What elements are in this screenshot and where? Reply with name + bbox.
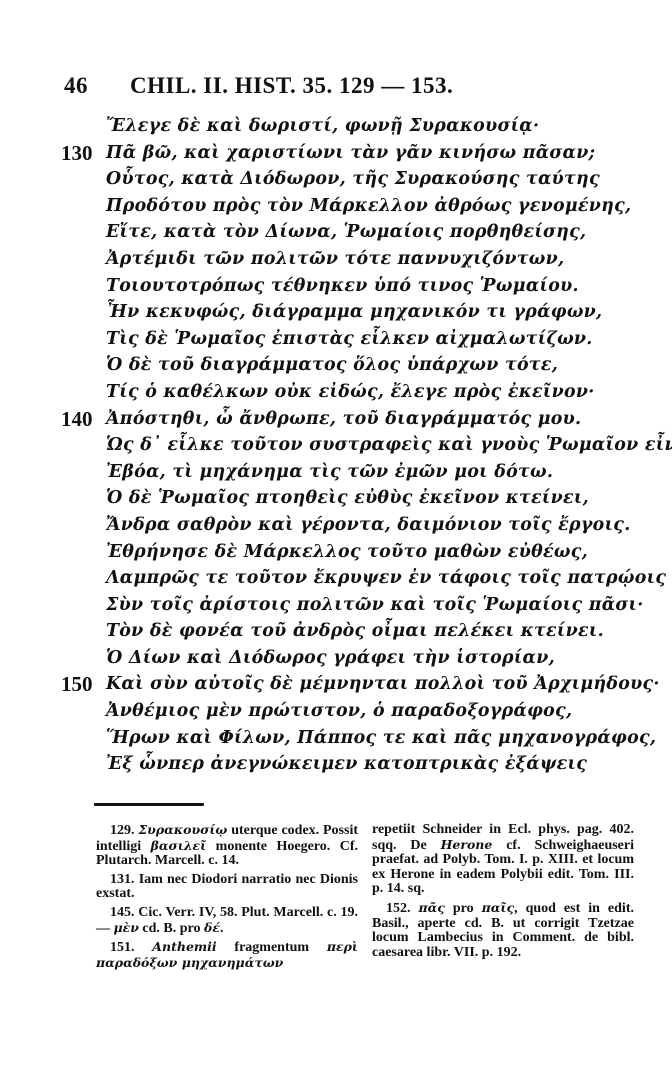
verse-line: Οὗτος, κατὰ Διόδωρον, τῆς Συρακούσης ταύ… xyxy=(0,166,672,193)
footnote-rule xyxy=(94,803,204,806)
verse-text: Σὺν τοῖς ἀρίστοις πολιτῶν καὶ τοῖς Ῥωμαί… xyxy=(106,592,644,619)
verse-text: Τὶς δὲ Ῥωμαῖος ἐπιστὰς εἷλκεν αἰχμαλωτίζ… xyxy=(106,326,593,353)
footnote-number: 151. xyxy=(110,940,135,955)
line-number: 150 xyxy=(61,671,101,698)
verse-line: Ὁ δὲ τοῦ διαγράμματος ὅλος ὑπάρχων τότε, xyxy=(0,352,672,379)
verse-text: Ἀρτέμιδι τῶν πολιτῶν τότε παννυχιζόντων, xyxy=(106,246,564,273)
verse-text: Ἔλεγε δὲ καὶ δωριστί, φωνῇ Συρακουσίᾳ· xyxy=(106,113,539,140)
verse-text: Ἄνδρα σαθρὸν καὶ γέροντα, δαιμόνιον τοῖς… xyxy=(106,512,631,539)
verse-block: Ἔλεγε δὲ καὶ δωριστί, φωνῇ Συρακουσίᾳ·13… xyxy=(0,113,672,778)
line-number: 130 xyxy=(61,140,101,167)
verse-line: 150Καὶ σὺν αὐτοῖς δὲ μέμνηνται πολλοὶ το… xyxy=(0,671,672,698)
verse-text: Οὗτος, κατὰ Διόδωρον, τῆς Συρακούσης ταύ… xyxy=(106,166,600,193)
footnote-italic-text: μὲν xyxy=(114,920,139,935)
verse-line: Εἴτε, κατὰ τὸν Δίωνα, Ῥωμαίοις πορθηθείσ… xyxy=(0,219,672,246)
verse-line: Τὶς δὲ Ῥωμαῖος ἐπιστὰς εἷλκεν αἰχμαλωτίζ… xyxy=(0,326,672,353)
verse-line: Ἐβόα, τὶ μηχάνημα τὶς τῶν ἐμῶν μοι δότω. xyxy=(0,459,672,486)
verse-text: Τοιουτοτρόπως τέθνηκεν ὑπό τινος Ῥωμαίου… xyxy=(106,273,579,300)
verse-line: Ἀρτέμιδι τῶν πολιτῶν τότε παννυχιζόντων, xyxy=(0,246,672,273)
verse-text: Λαμπρῶς τε τοῦτον ἔκρυψεν ἐν τάφοις τοῖς… xyxy=(106,565,666,592)
footnote: 151. Anthemii fragmentum περὶ παραδόξων … xyxy=(96,940,358,971)
verse-text: Ὁ δὲ Ῥωμαῖος πτοηθεὶς εὐθὺς ἐκεῖνον κτεί… xyxy=(106,485,589,512)
verse-text: Ἐβόα, τὶ μηχάνημα τὶς τῶν ἐμῶν μοι δότω. xyxy=(106,459,553,486)
footnote: 131. Iam nec Diodori narratio nec Dionis… xyxy=(96,873,358,902)
verse-line: Λαμπρῶς τε τοῦτον ἔκρυψεν ἐν τάφοις τοῖς… xyxy=(0,565,672,592)
verse-text: Ἥρων καὶ Φίλων, Πάππος τε καὶ πᾶς μηχανο… xyxy=(106,725,656,752)
verse-line: Ἐθρήνησε δὲ Μάρκελλος τοῦτο μαθὼν εὐθέως… xyxy=(0,539,672,566)
verse-text: Ἀπόστηθι, ὦ ἄνθρωπε, τοῦ διαγράμματός μο… xyxy=(106,406,581,433)
verse-text: Πᾶ βῶ, καὶ χαριστίωνι τὰν γᾶν κινήσω πᾶσ… xyxy=(106,140,595,167)
footnote-italic-text: Anthemii xyxy=(152,939,216,954)
verse-text: Ἐθρήνησε δὲ Μάρκελλος τοῦτο μαθὼν εὐθέως… xyxy=(106,539,588,566)
footnote-text: . xyxy=(220,921,224,936)
verse-line: Προδότου πρὸς τὸν Μάρκελλον ἀθρόως γενομ… xyxy=(0,193,672,220)
footnote-italic-text: παῖς xyxy=(482,900,514,915)
verse-text: Ἀνθέμιος μὲν πρώτιστον, ὁ παραδοξογράφος… xyxy=(106,698,572,725)
verse-text: Εἴτε, κατὰ τὸν Δίωνα, Ῥωμαίοις πορθηθείσ… xyxy=(106,219,586,246)
verse-text: Τίς ὁ καθέλκων οὐκ εἰδώς, ἔλεγε πρὸς ἐκε… xyxy=(106,379,595,406)
footnote-italic-text: πᾶς xyxy=(419,900,445,915)
verse-line: 140Ἀπόστηθι, ὦ ἄνθρωπε, τοῦ διαγράμματός… xyxy=(0,406,672,433)
footnote-text: fragmentum xyxy=(217,940,327,955)
book-page: 46 CHIL. II. HIST. 35. 129 — 153. Ἔλεγε … xyxy=(0,0,672,1091)
line-number: 140 xyxy=(61,406,101,433)
verse-line: Ὁ Δίων καὶ Διόδωρος γράφει τὴν ἱστορίαν, xyxy=(0,645,672,672)
footnote-italic-text: Herone xyxy=(441,837,493,852)
verse-line: Ἦν κεκυφώς, διάγραμμα μηχανικόν τι γράφω… xyxy=(0,299,672,326)
verse-line: Ὁ δὲ Ῥωμαῖος πτοηθεὶς εὐθὺς ἐκεῖνον κτεί… xyxy=(0,485,672,512)
footnote: 145. Cic. Verr. IV, 58. Plut. Marcell. c… xyxy=(96,906,358,936)
verse-line: Τοιουτοτρόπως τέθνηκεν ὑπό τινος Ῥωμαίου… xyxy=(0,273,672,300)
verse-text: Τὸν δὲ φονέα τοῦ ἀνδρὸς οἶμαι πελέκει κτ… xyxy=(106,618,604,645)
footnotes-right-column: repetiit Schneider in Ecl. phys. pag. 40… xyxy=(372,823,634,964)
verse-text: Ὡς δ᾽ εἷλκε τοῦτον συστραφεὶς καὶ γνοὺς … xyxy=(106,432,672,459)
footnotes-left-column: 129. Συρακουσίῳ uterque codex. Possit in… xyxy=(96,823,358,975)
footnote-text: Iam nec Diodori narratio nec Dionis exst… xyxy=(96,872,358,902)
footnote-number: 129. xyxy=(110,823,135,838)
verse-line: Ἔλεγε δὲ καὶ δωριστί, φωνῇ Συρακουσίᾳ· xyxy=(0,113,672,140)
verse-line: 130Πᾶ βῶ, καὶ χαριστίωνι τὰν γᾶν κινήσω … xyxy=(0,140,672,167)
verse-line: Ἥρων καὶ Φίλων, Πάππος τε καὶ πᾶς μηχανο… xyxy=(0,725,672,752)
verse-text: Καὶ σὺν αὐτοῖς δὲ μέμνηνται πολλοὶ τοῦ Ἀ… xyxy=(106,671,660,698)
verse-text: Προδότου πρὸς τὸν Μάρκελλον ἀθρόως γενομ… xyxy=(106,193,631,220)
footnote-number: 152. xyxy=(386,901,411,916)
verse-text: Ἐξ ὧνπερ ἀνεγνώκειμεν κατοπτρικὰς ἐξάψει… xyxy=(106,751,587,778)
verse-line: Σὺν τοῖς ἀρίστοις πολιτῶν καὶ τοῖς Ῥωμαί… xyxy=(0,592,672,619)
verse-text: Ὁ δὲ τοῦ διαγράμματος ὅλος ὑπάρχων τότε, xyxy=(106,352,558,379)
verse-line: Ἐξ ὧνπερ ἀνεγνώκειμεν κατοπτρικὰς ἐξάψει… xyxy=(0,751,672,778)
verse-text: Ἦν κεκυφώς, διάγραμμα μηχανικόν τι γράφω… xyxy=(106,299,602,326)
verse-text: Ὁ Δίων καὶ Διόδωρος γράφει τὴν ἱστορίαν, xyxy=(106,645,555,672)
footnote: 152. πᾶς pro παῖς, quod est in edit. Bas… xyxy=(372,901,634,960)
verse-line: Τὸν δὲ φονέα τοῦ ἀνδρὸς οἶμαι πελέκει κτ… xyxy=(0,618,672,645)
footnote-number: 145. xyxy=(110,905,135,920)
verse-line: Ὡς δ᾽ εἷλκε τοῦτον συστραφεὶς καὶ γνοὺς … xyxy=(0,432,672,459)
footnote: 129. Συρακουσίῳ uterque codex. Possit in… xyxy=(96,823,358,869)
running-head: 46 CHIL. II. HIST. 35. 129 — 153. xyxy=(64,73,584,103)
footnote-italic-text: δέ xyxy=(204,920,220,935)
footnote-text: pro xyxy=(445,901,482,916)
verse-line: Ἀνθέμιος μὲν πρώτιστον, ὁ παραδοξογράφος… xyxy=(0,698,672,725)
footnote: repetiit Schneider in Ecl. phys. pag. 40… xyxy=(372,823,634,897)
running-title: CHIL. II. HIST. 35. 129 — 153. xyxy=(130,73,453,99)
page-number: 46 xyxy=(64,73,88,99)
verse-line: Τίς ὁ καθέλκων οὐκ εἰδώς, ἔλεγε πρὸς ἐκε… xyxy=(0,379,672,406)
footnote-number: 131. xyxy=(110,872,135,887)
footnote-italic-text: βασιλεῖ xyxy=(151,838,207,853)
footnote-text: cd. B. pro xyxy=(139,921,204,936)
verse-line: Ἄνδρα σαθρὸν καὶ γέροντα, δαιμόνιον τοῖς… xyxy=(0,512,672,539)
footnote-italic-text: Συρακουσίῳ xyxy=(138,822,227,837)
